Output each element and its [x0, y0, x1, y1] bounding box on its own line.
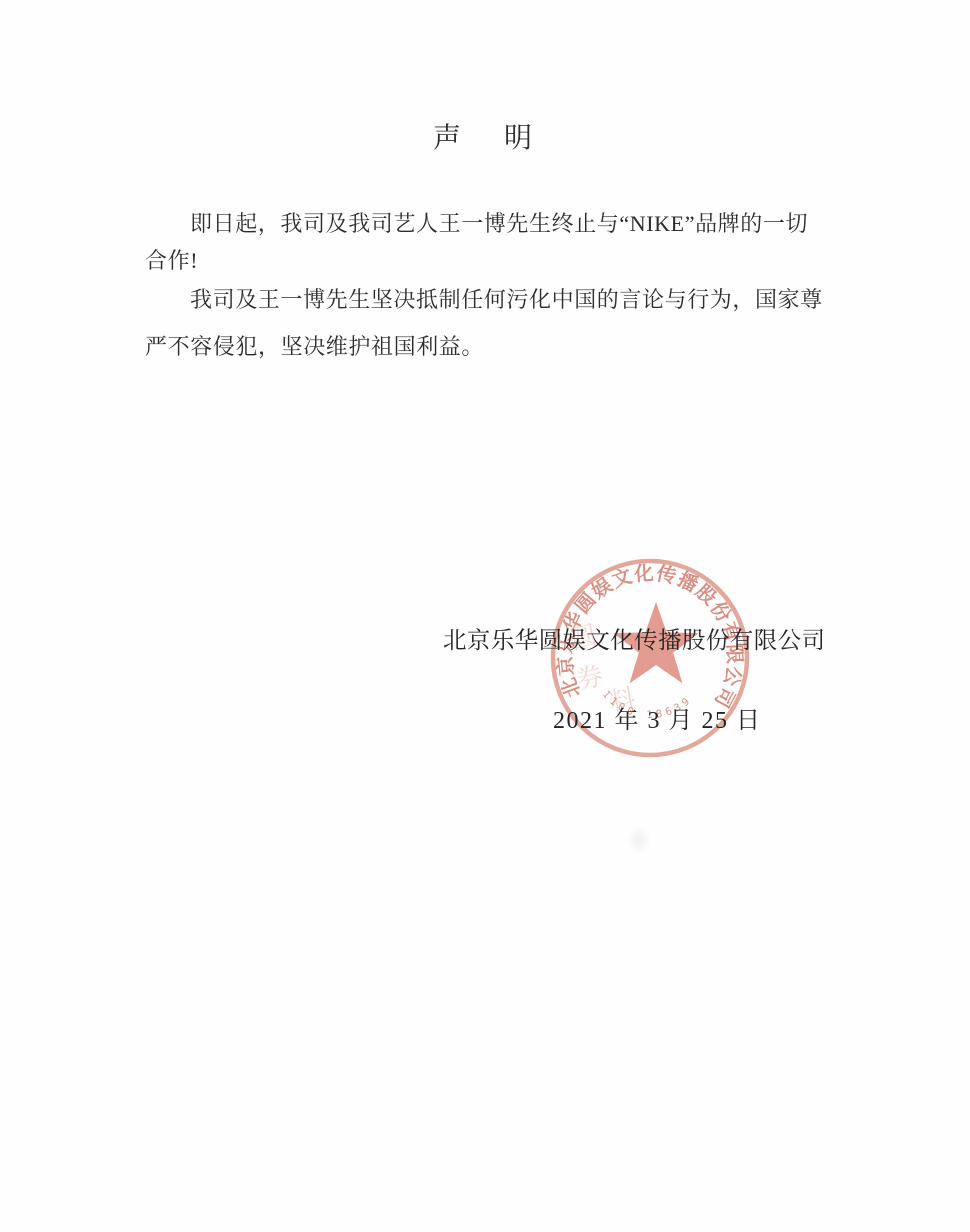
ink-smudge: [628, 826, 650, 854]
signature-date: 2021 年 3 月 25 日: [553, 700, 762, 735]
signature-company-name: 北京乐华圆娱文化传播股份有限公司: [443, 621, 825, 655]
body-line-3: 我司及王一博先生坚决抵制任何污化中国的言论与行为，国家尊: [190, 287, 823, 313]
document-title: 声 明: [433, 116, 550, 156]
body-line-2: 合作!: [145, 248, 198, 274]
body-line-4: 严不容侵犯，坚决维护祖国利益。: [145, 334, 484, 360]
document-page: 圆 券 料 北京乐华圆娱文化传播股份有限公司 1100 18639 声 明 即日…: [0, 0, 970, 1232]
body-line-1: 即日起，我司及我司艺人王一博先生终止与“NIKE”品牌的一切: [190, 211, 808, 237]
